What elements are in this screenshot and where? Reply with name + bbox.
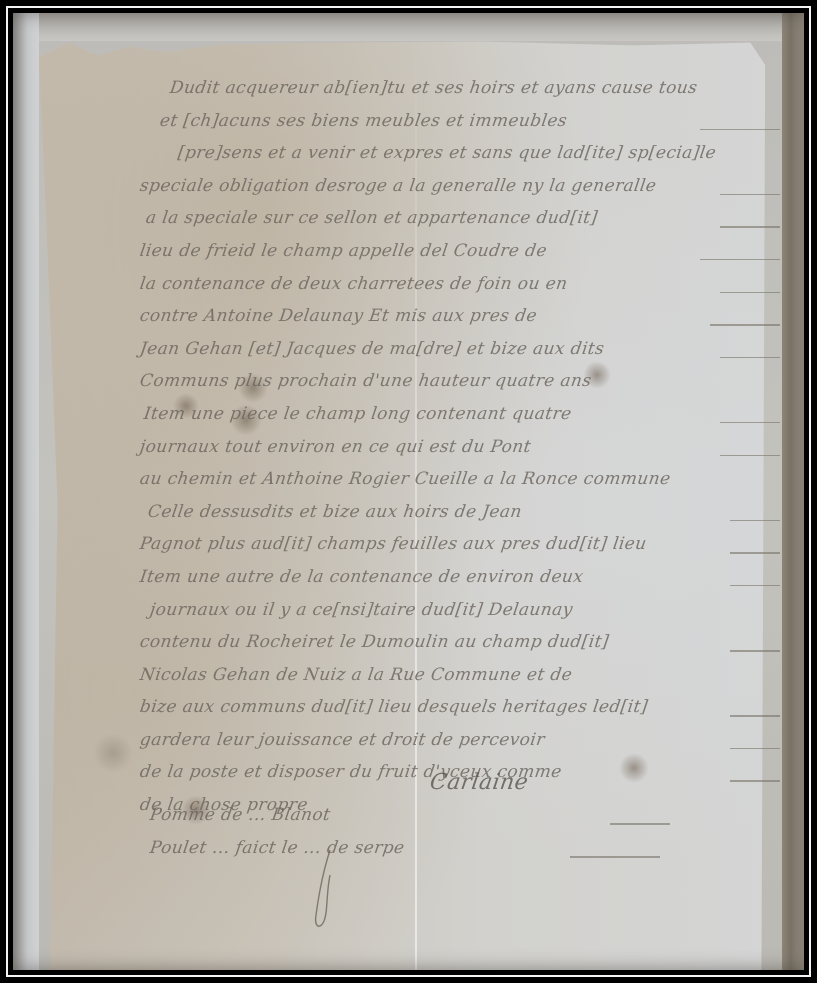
background-mat-top — [13, 13, 804, 41]
line-filler-dash — [610, 823, 670, 825]
signature-line: Poulet ... faict le ... de serpe — [150, 838, 404, 871]
manuscript-line: la contenance de deux charretees de foin… — [140, 274, 790, 307]
background-mat-left — [13, 13, 39, 970]
manuscript-line: journaux tout environ en ce qui est du P… — [140, 437, 790, 470]
line-filler-dash — [700, 129, 780, 131]
manuscript-line: a la speciale sur ce sellon et appartena… — [140, 208, 790, 241]
line-filler-dash — [730, 780, 780, 782]
line-filler-dash — [570, 856, 660, 858]
line-filler-dash — [730, 650, 780, 652]
signature-flourish — [300, 845, 360, 935]
manuscript-line: [pre]sens et a venir et expres et sans q… — [140, 143, 790, 176]
signature-line: Pomme de ... Blanot — [150, 805, 330, 838]
manuscript-line: lieu de frieid le champ appelle del Coud… — [140, 241, 790, 274]
manuscript-line: gardera leur jouissance et droit de perc… — [140, 730, 790, 763]
line-filler-dash — [720, 357, 780, 359]
foxing-stain — [93, 733, 133, 773]
line-filler-dash — [720, 194, 780, 196]
line-filler-dash — [720, 226, 780, 228]
line-filler-dash — [730, 585, 780, 587]
line-filler-dash — [710, 324, 780, 326]
line-filler-dash — [720, 455, 780, 457]
manuscript-line: journaux ou il y a ce[nsi]taire dud[it] … — [140, 600, 790, 633]
manuscript-line: et [ch]acuns ses biens meubles et immeub… — [140, 111, 790, 144]
manuscript-line: contenu du Rocheiret le Dumoulin au cham… — [140, 632, 790, 665]
photo-frame: Dudit acquereur ab[ien]tu et ses hoirs e… — [0, 0, 817, 983]
manuscript-text: Dudit acquereur ab[ien]tu et ses hoirs e… — [140, 78, 790, 828]
manuscript-line: Communs plus prochain d'une hauteur quat… — [140, 371, 790, 404]
manuscript-line: bize aux communs dud[it] lieu desquels h… — [140, 697, 790, 730]
manuscript-line: Pagnot plus aud[it] champs feuilles aux … — [140, 534, 790, 567]
manuscript-line: Nicolas Gehan de Nuiz a la Rue Commune e… — [140, 665, 790, 698]
manuscript-line: Celle dessusdits et bize aux hoirs de Je… — [140, 502, 790, 535]
manuscript-line: Dudit acquereur ab[ien]tu et ses hoirs e… — [140, 78, 790, 111]
manuscript-line: Jean Gehan [et] Jacques de ma[dre] et bi… — [140, 339, 790, 372]
signature-line: Carlaine — [430, 770, 528, 803]
line-filler-dash — [700, 259, 780, 261]
manuscript-line: contre Antoine Delaunay Et mis aux pres … — [140, 306, 790, 339]
line-filler-dash — [730, 520, 780, 522]
manuscript-line: au chemin et Anthoine Rogier Cueille a l… — [140, 469, 790, 502]
line-filler-dash — [730, 552, 780, 554]
line-filler-dash — [730, 748, 780, 750]
manuscript-line: Item une piece le champ long contenant q… — [140, 404, 790, 437]
manuscript-line: Item une autre de la contenance de envir… — [140, 567, 790, 600]
line-filler-dash — [720, 292, 780, 294]
line-filler-dash — [720, 422, 780, 424]
manuscript-line: speciale obligation desroge a la general… — [140, 176, 790, 209]
line-filler-dash — [730, 715, 780, 717]
